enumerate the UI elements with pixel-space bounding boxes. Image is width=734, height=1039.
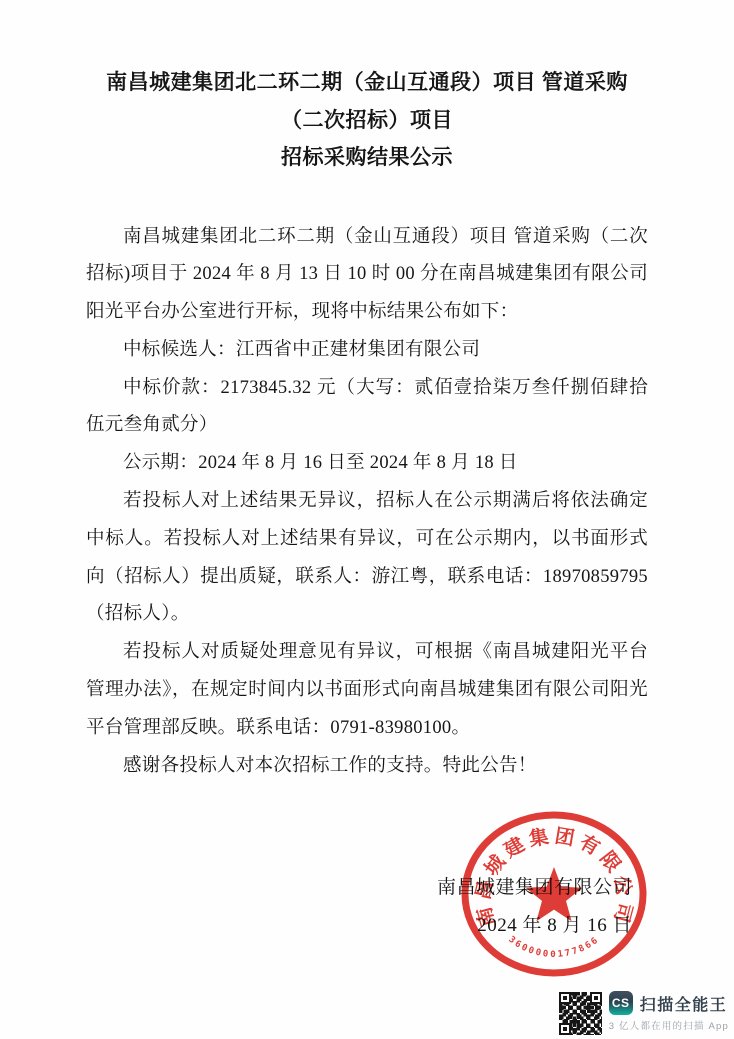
signature-block: 南昌城建集团有限公司 2024 年 8 月 16 日 <box>437 869 632 945</box>
document-page: 南昌城建集团北二环二期（金山互通段）项目 管道采购（二次招标）项目 招标采购结果… <box>0 0 734 1039</box>
scanner-app-name: 扫描全能王 <box>640 992 728 1015</box>
qr-code-icon <box>559 992 602 1035</box>
document-subtitle: 招标采购结果公示 <box>86 139 648 177</box>
paragraph-objection: 若投标人对上述结果无异议，招标人在公示期满后将依法确定中标人。若投标人对上述结果… <box>86 483 648 634</box>
document-title: 南昌城建集团北二环二期（金山互通段）项目 管道采购（二次招标）项目 <box>86 0 648 139</box>
signature-date: 2024 年 8 月 16 日 <box>437 907 632 945</box>
paragraph-thanks: 感谢各投标人对本次招标工作的支持。特此公告！ <box>86 748 648 786</box>
paragraph-winning-bidder: 中标候选人：江西省中正建材集团有限公司 <box>86 332 648 370</box>
qr-finder-icon <box>559 1023 571 1035</box>
signature-company: 南昌城建集团有限公司 <box>437 869 632 907</box>
paragraph-publicity-period: 公示期：2024 年 8 月 16 日至 2024 年 8 月 18 日 <box>86 445 648 483</box>
document-body: 南昌城建集团北二环二期（金山互通段）项目 管道采购（二次招标)项目于 2024 … <box>86 219 648 786</box>
camscanner-logo-icon: CS <box>609 991 633 1015</box>
paragraph-opening: 南昌城建集团北二环二期（金山互通段）项目 管道采购（二次招标)项目于 2024 … <box>86 219 648 332</box>
scanner-watermark: CS 扫描全能王 3 亿人都在用的扫描 App <box>559 991 729 1036</box>
qr-finder-icon <box>559 992 571 1004</box>
paragraph-bid-price: 中标价款：2173845.32 元（大写：贰佰壹拾柒万叁仟捌佰肆拾伍元叁角贰分） <box>86 370 648 446</box>
scanner-app-tagline: 3 亿人都在用的扫描 App <box>609 1018 729 1032</box>
paragraph-appeal: 若投标人对质疑处理意见有异议，可根据《南昌城建阳光平台管理办法》，在规定时间内以… <box>86 634 648 747</box>
qr-finder-icon <box>590 992 602 1004</box>
scanner-brand: CS 扫描全能王 3 亿人都在用的扫描 App <box>609 991 729 1036</box>
